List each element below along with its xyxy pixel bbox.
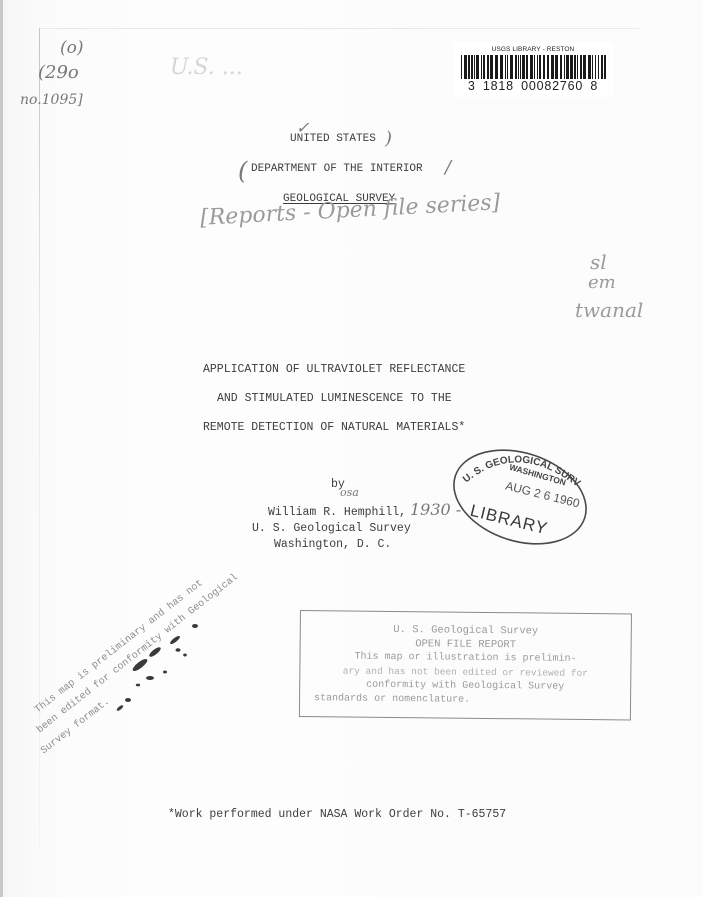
ofr-line: U. S. Geological Survey xyxy=(301,623,631,638)
author-location: Washington, D. C. xyxy=(274,538,391,551)
barcode-library-name: USGS LIBRARY - RESTON xyxy=(453,46,613,53)
author-name: William R. Hemphill, xyxy=(268,506,406,519)
library-barcode-label: USGS LIBRARY - RESTON 3 1818 00082760 8 xyxy=(453,42,613,97)
handwritten-author-code: osa xyxy=(340,486,359,499)
ofr-line: ary and has not been edited or reviewed … xyxy=(300,665,630,679)
ink-smudge xyxy=(20,560,260,760)
page-edge-top xyxy=(39,28,639,29)
margin-note-line-1: sl xyxy=(590,250,607,274)
checkmark-icon: ✓ xyxy=(296,118,309,137)
diagonal-preliminary-stamp: This map is preliminary and has not been… xyxy=(20,560,260,760)
author-affiliation: U. S. Geological Survey xyxy=(252,522,411,535)
ofr-line: standards or nomenclature. xyxy=(300,693,644,708)
title-line-1: APPLICATION OF ULTRAVIOLET REFLECTANCE xyxy=(203,363,465,376)
handwritten-note-line-1: (o) xyxy=(60,38,84,58)
ofr-line: This map or illustration is prelimin- xyxy=(300,651,630,665)
handwritten-note-line-2: (29o xyxy=(38,62,79,83)
barcode-icon xyxy=(461,55,607,79)
handwritten-note-line-3: no.1095] xyxy=(20,92,83,108)
barcode-number: 3 1818 00082760 8 xyxy=(453,79,613,93)
ofr-line: OPEN FILE REPORT xyxy=(301,637,631,652)
bracket-mark: ( xyxy=(238,157,247,185)
title-line-3: REMOTE DETECTION OF NATURAL MATERIALS* xyxy=(203,421,465,434)
footnote-nasa-work-order: *Work performed under NASA Work Order No… xyxy=(168,808,506,821)
open-file-report-stamp: U. S. Geological Survey OPEN FILE REPORT… xyxy=(299,610,632,720)
bracket-mark: ) xyxy=(385,128,392,149)
margin-note-line-2: em xyxy=(588,272,616,293)
margin-note-line-3: twanal xyxy=(575,298,643,322)
ofr-line: conformity with Geological Survey xyxy=(300,679,630,693)
bracket-mark: / xyxy=(445,157,451,178)
faint-handwriting: U.S. ... xyxy=(170,55,243,80)
svg-text:LIBRARY: LIBRARY xyxy=(468,501,550,539)
library-received-stamp: U. S. GEOLOGICAL SURVEY WASHINGTON AUG 2… xyxy=(448,445,593,545)
header-department: DEPARTMENT OF THE INTERIOR xyxy=(251,163,423,175)
title-line-2: AND STIMULATED LUMINESCENCE TO THE xyxy=(217,392,452,405)
